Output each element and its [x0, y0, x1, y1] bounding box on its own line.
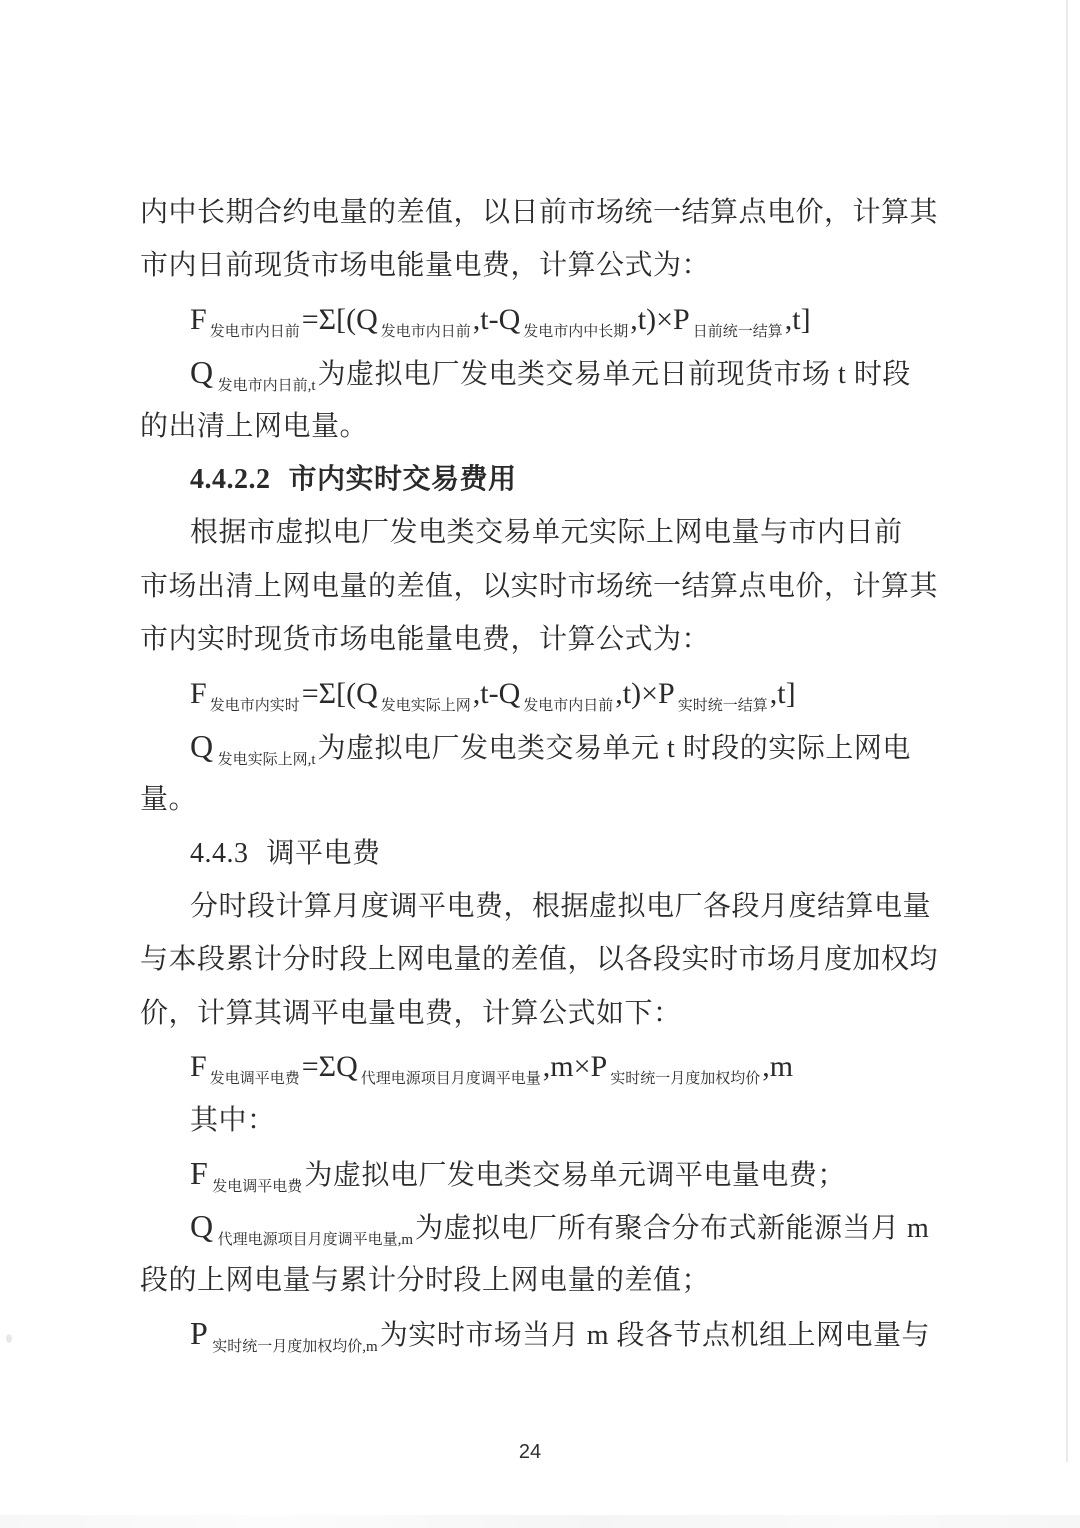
formula-line: F发电市内实时=Σ[(Q发电实际上网,t-Q发电市内日前,t)×P实时统一结算,… [140, 667, 952, 720]
text-run: )×P [631, 677, 675, 710]
text-run: ,t [473, 303, 489, 336]
text-run: 4.4.2.2 [190, 464, 271, 495]
variable-run: Q [190, 354, 214, 390]
text-run: 与本段累计分时段上网电量的差值，以各段实时市场月度加权均 [140, 944, 938, 975]
text-run: ] [786, 677, 796, 710]
variable-run: F [190, 1155, 208, 1191]
text-run: ,m [762, 1050, 793, 1083]
subscript-run: 发电调平电费 [212, 1179, 302, 1195]
text-run: -Q [489, 303, 521, 336]
document-body: 内中长期合约电量的差值，以日前市场统一结算点电价，计算其市内日前现货市场电能量电… [140, 186, 952, 1361]
subscript-run: 发电市内日前 [381, 324, 471, 340]
text-run: 量。 [140, 784, 197, 815]
text-run: ,t [770, 677, 786, 710]
text-line: 价，计算其调平电量电费，计算公式如下： [140, 987, 952, 1040]
text-run: 调平电费 [267, 838, 381, 869]
scan-speck [6, 1334, 12, 1343]
subscript-run: 代理电源项目月度调平电量,m [218, 1232, 413, 1248]
subscript-run: 实时统一月度加权均价,m [212, 1339, 377, 1355]
subscript-run: 发电市内日前 [523, 698, 613, 714]
scan-bottom-band [0, 1515, 1080, 1528]
text-run: 市内实时现货市场电能量电费，计算公式为： [140, 624, 710, 655]
text-run: =Σ[(Q [302, 303, 378, 336]
variable-run: Q [190, 1208, 214, 1244]
text-line: 其中： [140, 1094, 952, 1147]
text-run: 价，计算其调平电量电费，计算公式如下： [140, 998, 682, 1029]
text-line: 市内实时现货市场电能量电费，计算公式为： [140, 613, 952, 666]
subscript-run: 实时统一月度加权均价 [610, 1071, 760, 1087]
text-line: 量。 [140, 773, 952, 826]
text-run: -Q [489, 677, 521, 710]
text-line: 市内日前现货市场电能量电费，计算公式为： [140, 239, 952, 292]
text-run: 市内实时交易费用 [289, 464, 517, 495]
subscript-run: 发电市内实时 [210, 698, 300, 714]
text-run: 为虚拟电厂发电类交易单元日前现货市场 t 时段 [318, 359, 911, 390]
text-line: Q发电实际上网,t为虚拟电厂发电类交易单元 t 时段的实际上网电 [140, 720, 952, 773]
text-line: 的出清上网电量。 [140, 400, 952, 453]
variable-run: Q [190, 728, 214, 764]
text-run: 内中长期合约电量的差值，以日前市场统一结算点电价，计算其 [140, 197, 938, 228]
subscript-run: 发电市内中长期 [523, 324, 628, 340]
subscript-run: 实时统一结算 [678, 698, 768, 714]
subscript-run: 发电市内日前,t [218, 378, 316, 394]
subscript-run: 发电实际上网 [381, 698, 471, 714]
text-run: 为虚拟电厂发电类交易单元 t 时段的实际上网电 [318, 733, 911, 764]
variable-run: P [190, 1315, 208, 1351]
text-run: 市内日前现货市场电能量电费，计算公式为： [140, 250, 710, 281]
text-run: 市场出清上网电量的差值，以实时市场统一结算点电价，计算其 [140, 571, 938, 602]
text-run: ,m×P [543, 1050, 607, 1083]
text-line: 段的上网电量与累计分时段上网电量的差值； [140, 1254, 952, 1307]
text-run: 4.4.3 [190, 838, 249, 869]
text-run: F [190, 677, 207, 710]
text-run: =Σ[(Q [302, 677, 378, 710]
text-run: 的出清上网电量。 [140, 411, 368, 442]
text-run: ,t [630, 303, 646, 336]
text-run: 根据市虚拟电厂发电类交易单元实际上网电量与市内日前 [190, 517, 903, 548]
text-line: 内中长期合约电量的差值，以日前市场统一结算点电价，计算其 [140, 186, 952, 239]
text-run: 其中： [190, 1105, 276, 1136]
text-run: ,t [785, 303, 801, 336]
text-line: Q发电市内日前,t为虚拟电厂发电类交易单元日前现货市场 t 时段 [140, 346, 952, 399]
text-line: P实时统一月度加权均价,m为实时市场当月 m 段各节点机组上网电量与 [140, 1307, 952, 1360]
text-run: 为虚拟电厂所有聚合分布式新能源当月 m [415, 1213, 929, 1244]
scan-edge-line [1066, 0, 1068, 1462]
text-run: ,t [615, 677, 631, 710]
scanned-document-page: 内中长期合约电量的差值，以日前市场统一结算点电价，计算其市内日前现货市场电能量电… [0, 0, 1080, 1528]
subscript-run: 发电实际上网,t [218, 752, 316, 768]
text-line: 根据市虚拟电厂发电类交易单元实际上网电量与市内日前 [140, 506, 952, 559]
subscript-run: 代理电源项目月度调平电量 [361, 1071, 541, 1087]
text-line: F发电调平电费为虚拟电厂发电类交易单元调平电量电费； [140, 1147, 952, 1200]
formula-line: F发电市内日前=Σ[(Q发电市内日前,t-Q发电市内中长期,t)×P日前统一结算… [140, 293, 952, 346]
text-line: 与本段累计分时段上网电量的差值，以各段实时市场月度加权均 [140, 933, 952, 986]
subscript-run: 日前统一结算 [693, 324, 783, 340]
text-run: 为虚拟电厂发电类交易单元调平电量电费； [304, 1160, 846, 1191]
text-line: Q代理电源项目月度调平电量,m为虚拟电厂所有聚合分布式新能源当月 m [140, 1200, 952, 1253]
text-line: 分时段计算月度调平电费，根据虚拟电厂各段月度结算电量 [140, 880, 952, 933]
text-run: F [190, 303, 207, 336]
text-run: 段的上网电量与累计分时段上网电量的差值； [140, 1265, 710, 1296]
formula-line: F发电调平电费=ΣQ代理电源项目月度调平电量,m×P实时统一月度加权均价,m [140, 1040, 952, 1093]
text-run: =ΣQ [302, 1050, 358, 1083]
section-heading: 4.4.2.2市内实时交易费用 [140, 453, 952, 506]
text-run: 为实时市场当月 m 段各节点机组上网电量与 [380, 1320, 930, 1351]
subscript-run: 发电市内日前 [210, 324, 300, 340]
text-run: 分时段计算月度调平电费，根据虚拟电厂各段月度结算电量 [190, 891, 931, 922]
page-number: 24 [0, 1441, 1060, 1464]
subscript-run: 发电调平电费 [210, 1071, 300, 1087]
section-heading: 4.4.3调平电费 [140, 827, 952, 880]
text-run: F [190, 1050, 207, 1083]
text-run: ,t [473, 677, 489, 710]
text-run: ] [801, 303, 811, 336]
text-line: 市场出清上网电量的差值，以实时市场统一结算点电价，计算其 [140, 560, 952, 613]
text-run: )×P [646, 303, 690, 336]
